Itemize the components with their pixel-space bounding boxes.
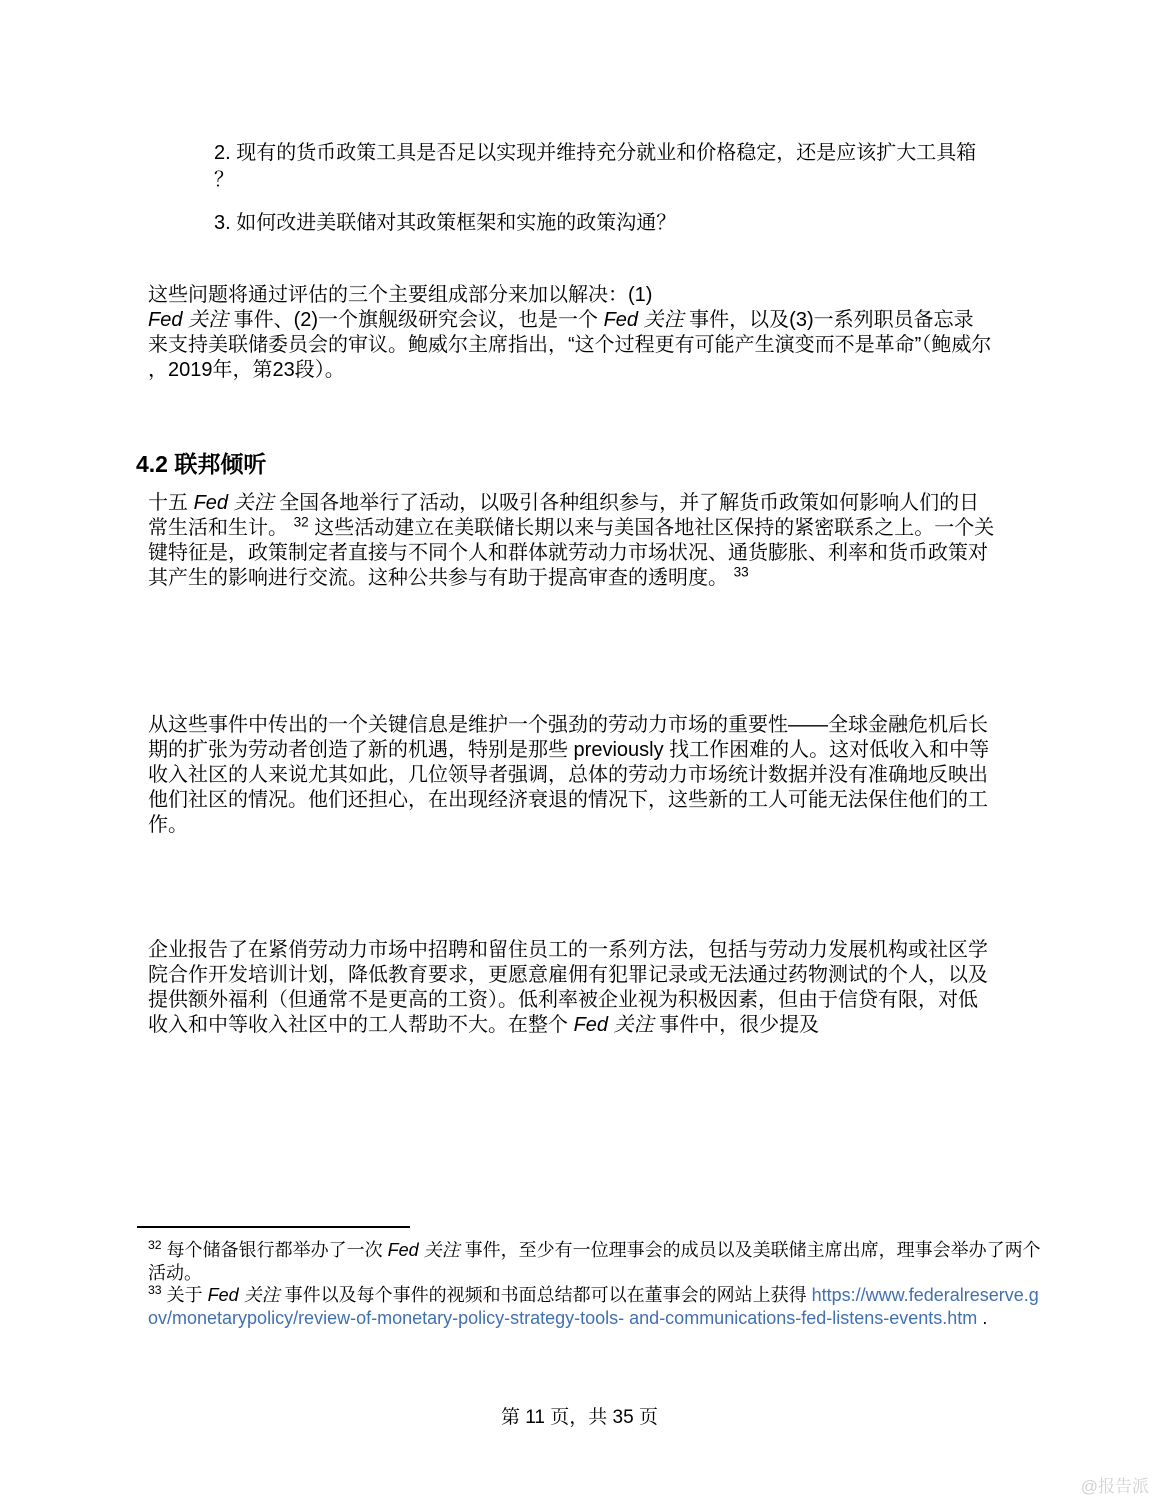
text-run: 这些活动建立在美联储长期以来与美国各地社区保持的紧密联系之上。一个关 bbox=[309, 517, 995, 539]
hyperlink[interactable]: https://www.federalreserve.g bbox=[812, 1285, 1039, 1305]
paragraph-fed-listens-events: 十五 Fed 关注 全国各地举行了活动，以吸引各种组织参与，并了解货币政策如何影… bbox=[148, 491, 994, 591]
text-run: 十五 bbox=[148, 492, 194, 514]
text-run: 每个储备银行都举办了一次 bbox=[162, 1240, 388, 1260]
text-run: . bbox=[977, 1308, 987, 1328]
text-run: Fed 关注 bbox=[388, 1240, 460, 1260]
text-run: 企业报告了在紧俏劳动力市场中招聘和留住员工的一系列方法，包括与劳动力发展机构或社… bbox=[148, 939, 988, 961]
footnote-separator bbox=[137, 1226, 410, 1228]
text-line: 期的扩张为劳动者创造了新的机遇，特别是那些 previously 找工作困难的人… bbox=[148, 738, 989, 763]
text-run: 键特征是，政策制定者直接与不同个人和群体就劳动力市场状况、通货膨胀、利率和货币政… bbox=[148, 542, 988, 564]
text-run: 事件以及每个事件的视频和书面总结都可以在董事会的网站上获得 bbox=[280, 1285, 812, 1305]
text-run: 事件、(2)一个旗舰级研究会议，也是一个 bbox=[228, 309, 604, 331]
text-line: 2. 现有的货币政策工具是否足以实现并维持充分就业和价格稳定，还是应该扩大工具箱 bbox=[214, 140, 976, 167]
text-run: 期的扩张为劳动者创造了新的机遇，特别是那些 previously 找工作困难的人… bbox=[148, 739, 989, 761]
text-line: Fed 关注 事件、(2)一个旗舰级研究会议，也是一个 Fed 关注 事件，以及… bbox=[148, 308, 991, 333]
text-line: 活动。 bbox=[148, 1262, 1041, 1285]
text-line: 作。 bbox=[148, 813, 989, 838]
text-run: 收入社区的人来说尤其如此，几位领导者强调，总体的劳动力市场统计数据并没有准确地反… bbox=[148, 764, 988, 786]
text-run: Fed 关注 bbox=[194, 492, 274, 514]
text-line: ov/monetarypolicy/review-of-monetary-pol… bbox=[148, 1307, 1039, 1330]
document-page: 2. 现有的货币政策工具是否足以实现并维持充分就业和价格稳定，还是应该扩大工具箱… bbox=[0, 0, 1159, 1500]
text-run: 事件，至少有一位理事会的成员以及美联储主席出席，理事会举办了两个 bbox=[460, 1240, 1041, 1260]
text-run: 常生活和生计。 bbox=[148, 517, 294, 539]
footnote-marker: 32 bbox=[148, 1238, 162, 1252]
text-run: Fed 关注 bbox=[148, 309, 228, 331]
numbered-question-2: 2. 现有的货币政策工具是否足以实现并维持充分就业和价格稳定，还是应该扩大工具箱… bbox=[214, 140, 976, 194]
text-line: 来支持美联储委员会的审议。鲍威尔主席指出，“这个过程更有可能产生演变而不是革命”… bbox=[148, 333, 991, 358]
text-run: 作。 bbox=[148, 814, 188, 836]
text-line: 这些问题将通过评估的三个主要组成部分来加以解决：(1) bbox=[148, 283, 991, 308]
text-run: 从这些事件中传出的一个关键信息是维护一个强劲的劳动力市场的重要性——全球金融危机… bbox=[148, 714, 988, 736]
text-line: 提供额外福利（但通常不是更高的工资）。低利率被企业视为积极因素，但由于信贷有限，… bbox=[148, 988, 988, 1013]
text-line: 32 每个储备银行都举办了一次 Fed 关注 事件，至少有一位理事会的成员以及美… bbox=[148, 1239, 1041, 1262]
text-run: 事件，以及(3)一系列职员备忘录 bbox=[684, 309, 974, 331]
text-line: 键特征是，政策制定者直接与不同个人和群体就劳动力市场状况、通货膨胀、利率和货币政… bbox=[148, 541, 994, 566]
text-run: Fed 关注 bbox=[604, 309, 684, 331]
text-line: 收入和中等收入社区中的工人帮助不大。在整个 Fed 关注 事件中，很少提及 bbox=[148, 1013, 988, 1038]
text-run: 院合作开发培训计划，降低教育要求，更愿意雇佣有犯罪记录或无法通过药物测试的个人，… bbox=[148, 964, 988, 986]
watermark: @报告派 bbox=[1081, 1474, 1149, 1499]
text-line: 33 关于 Fed 关注 事件以及每个事件的视频和书面总结都可以在董事会的网站上… bbox=[148, 1284, 1039, 1307]
text-line: 企业报告了在紧俏劳动力市场中招聘和留住员工的一系列方法，包括与劳动力发展机构或社… bbox=[148, 938, 988, 963]
text-run: 关于 bbox=[162, 1285, 208, 1305]
footnote-32: 32 每个储备银行都举办了一次 Fed 关注 事件，至少有一位理事会的成员以及美… bbox=[148, 1239, 1041, 1285]
text-run: 全国各地举行了活动，以吸引各种组织参与，并了解货币政策如何影响人们的日 bbox=[274, 492, 980, 514]
footnote-marker: 32 bbox=[294, 514, 309, 529]
text-line: 常生活和生计。 32 这些活动建立在美联储长期以来与美国各地社区保持的紧密联系之… bbox=[148, 516, 994, 541]
text-run: ？ bbox=[214, 169, 234, 191]
text-line: 其产生的影响进行交流。这种公共参与有助于提高审查的透明度。 33 bbox=[148, 566, 994, 591]
paragraph-business-hiring: 企业报告了在紧俏劳动力市场中招聘和留住员工的一系列方法，包括与劳动力发展机构或社… bbox=[148, 938, 988, 1038]
text-line: 3. 如何改进美联储对其政策框架和实施的政策沟通？ bbox=[214, 211, 676, 236]
text-run: 提供额外福利（但通常不是更高的工资）。低利率被企业视为积极因素，但由于信贷有限，… bbox=[148, 989, 978, 1011]
paragraph-labor-market-message: 从这些事件中传出的一个关键信息是维护一个强劲的劳动力市场的重要性——全球金融危机… bbox=[148, 713, 989, 838]
text-line: ，2019年，第23段）。 bbox=[148, 358, 991, 383]
text-run: 3. 如何改进美联储对其政策框架和实施的政策沟通？ bbox=[214, 212, 676, 234]
text-run: 他们社区的情况。他们还担心，在出现经济衰退的情况下，这些新的工人可能无法保住他们… bbox=[148, 789, 988, 811]
text-line: 十五 Fed 关注 全国各地举行了活动，以吸引各种组织参与，并了解货币政策如何影… bbox=[148, 491, 994, 516]
text-run: 事件中，很少提及 bbox=[654, 1014, 820, 1036]
text-run: 其产生的影响进行交流。这种公共参与有助于提高审查的透明度。 bbox=[148, 567, 734, 589]
text-run: 活动。 bbox=[148, 1263, 202, 1283]
text-line: 从这些事件中传出的一个关键信息是维护一个强劲的劳动力市场的重要性——全球金融危机… bbox=[148, 713, 989, 738]
numbered-question-3: 3. 如何改进美联储对其政策框架和实施的政策沟通？ bbox=[214, 211, 676, 236]
text-line: 他们社区的情况。他们还担心，在出现经济衰退的情况下，这些新的工人可能无法保住他们… bbox=[148, 788, 989, 813]
footnote-marker: 33 bbox=[734, 564, 749, 579]
hyperlink[interactable]: ov/monetarypolicy/review-of-monetary-pol… bbox=[148, 1308, 977, 1328]
text-run: ，2019年，第23段）。 bbox=[148, 359, 345, 381]
text-run: 2. 现有的货币政策工具是否足以实现并维持充分就业和价格稳定，还是应该扩大工具箱 bbox=[214, 142, 976, 164]
text-line: 收入社区的人来说尤其如此，几位领导者强调，总体的劳动力市场统计数据并没有准确地反… bbox=[148, 763, 989, 788]
text-run: 这些问题将通过评估的三个主要组成部分来加以解决：(1) bbox=[148, 284, 652, 306]
text-run: 收入和中等收入社区中的工人帮助不大。在整个 bbox=[148, 1014, 574, 1036]
section-heading-4-2: 4.2 联邦倾听 bbox=[136, 450, 266, 478]
footnote-33: 33 关于 Fed 关注 事件以及每个事件的视频和书面总结都可以在董事会的网站上… bbox=[148, 1284, 1039, 1330]
text-line: ？ bbox=[214, 167, 976, 194]
text-run: Fed 关注 bbox=[574, 1014, 654, 1036]
text-run: Fed 关注 bbox=[208, 1285, 280, 1305]
paragraph-review-components: 这些问题将通过评估的三个主要组成部分来加以解决：(1)Fed 关注 事件、(2)… bbox=[148, 283, 991, 383]
text-line: 院合作开发培训计划，降低教育要求，更愿意雇佣有犯罪记录或无法通过药物测试的个人，… bbox=[148, 963, 988, 988]
text-run: 来支持美联储委员会的审议。鲍威尔主席指出，“这个过程更有可能产生演变而不是革命”… bbox=[148, 334, 991, 356]
footnote-marker: 33 bbox=[148, 1283, 162, 1297]
page-number-footer: 第 11 页，共 35 页 bbox=[0, 1405, 1159, 1430]
